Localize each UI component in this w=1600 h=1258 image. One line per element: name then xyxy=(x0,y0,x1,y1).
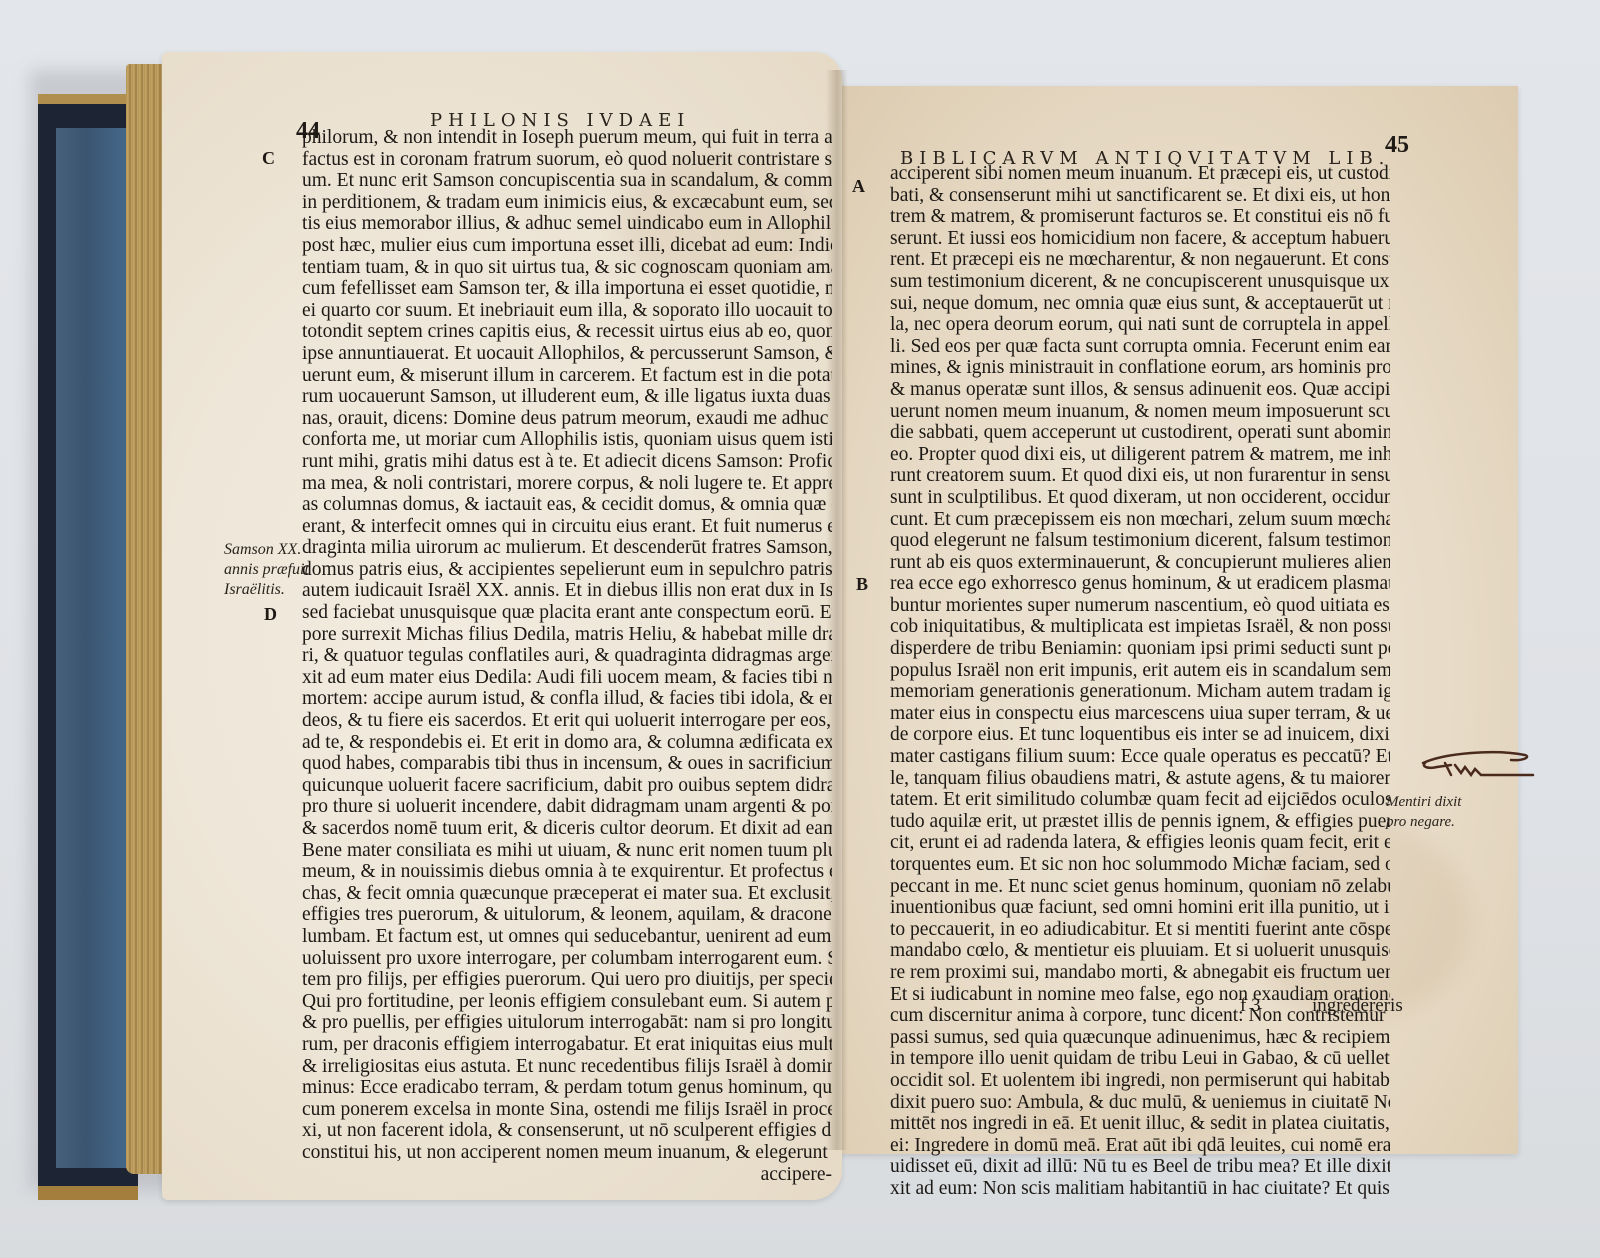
marginal-note-right: Mentiri dixit pro negare. xyxy=(1386,792,1461,832)
text-line: bati, & consenserunt mihi ut sanctificar… xyxy=(890,185,1390,207)
cover-cloth-panel xyxy=(56,128,131,1168)
text-line: ri, & quatuor tegulas conflatiles auri, … xyxy=(302,645,832,667)
text-line: sui, neque domum, nec omnia quæ eius sun… xyxy=(890,293,1390,315)
text-line: runt ab eis quos exterminauerunt, & conc… xyxy=(890,552,1390,574)
page-number-right: 45 xyxy=(1385,132,1409,159)
text-line: & manus operatæ sunt illos, & sensus adi… xyxy=(890,379,1390,401)
marginal-note-left: Samson XX. annis præfuit Israëlitis. xyxy=(224,540,309,600)
text-line: & pro puellis, per effigies uitulorum in… xyxy=(302,1012,832,1034)
text-line: uerunt eum, & miserunt illum in carcerem… xyxy=(302,365,832,387)
marginal-note-line: Mentiri dixit xyxy=(1386,792,1461,812)
text-line: um. Et nunc erit Samson concupiscentia s… xyxy=(302,170,832,192)
text-line: inuentionibus quæ faciunt, sed omni homi… xyxy=(890,897,1390,919)
text-line: conforta me, ut moriar cum Allophilis is… xyxy=(302,429,832,451)
text-line: cum ponerem excelsa in monte Sina, osten… xyxy=(302,1099,832,1121)
text-line: to peccauerit, in eo adiudicabitur. Et s… xyxy=(890,919,1390,941)
text-line: & irreligiositas eius astuta. Et nunc re… xyxy=(302,1056,832,1078)
text-line: effigies tres puerorum, & uitulorum, & l… xyxy=(302,904,832,926)
text-line: totondit septem crines capitis eius, & r… xyxy=(302,321,832,343)
text-line: buntur morientes super numerum nascentiu… xyxy=(890,595,1390,617)
text-line: la, nec opera deorum eorum, qui nati sun… xyxy=(890,314,1390,336)
text-line: rea ecce ego exhorresco genus hominum, &… xyxy=(890,573,1390,595)
text-line: philorum, & non intendit in Ioseph pueru… xyxy=(302,127,832,149)
text-line: peccant in me. Et nunc sciet genus homin… xyxy=(890,876,1390,898)
text-line: ma mea, & noli contristari, morere corpu… xyxy=(302,473,832,495)
section-letter: A xyxy=(852,176,865,197)
text-line: sed faciebat unusquisque quæ placita era… xyxy=(302,602,832,624)
text-line: acciperent sibi nomen meum inuanum. Et p… xyxy=(890,163,1390,185)
text-line: ei quarto cor suum. Et inebriauit eum il… xyxy=(302,300,832,322)
text-line: dixit puero suo: Ambula, & duc mulū, & u… xyxy=(890,1092,1390,1114)
manuscript-flourish-icon xyxy=(1415,745,1535,787)
text-line: quod elegerunt ne falsum testimonium dic… xyxy=(890,530,1390,552)
catchword: ingredereris xyxy=(1312,995,1403,1017)
text-line: uidisset eū, dixit ad illū: Nū tu es Bee… xyxy=(890,1156,1390,1178)
text-line: in perditionem, & tradam eum inimicis ei… xyxy=(302,192,832,214)
text-line: xit ad eum: Non scis malitiam habitantiū… xyxy=(890,1178,1390,1200)
text-line: quod habes, comparabis tibi thus in ince… xyxy=(302,753,832,775)
text-line: torquentes eum. Et sic non hoc solummodo… xyxy=(890,854,1390,876)
text-line: re rem proximi sui, mandabo morti, & abn… xyxy=(890,962,1390,984)
text-line: nas, orauit, dicens: Domine deus patrum … xyxy=(302,408,832,430)
text-line: tatem. Et erit similitudo columbæ quam f… xyxy=(890,789,1390,811)
text-line: mortem: accipe aurum istud, & confla ill… xyxy=(302,688,832,710)
text-line: xi, ut non facerent idola, & consenserun… xyxy=(302,1120,832,1142)
text-line: cit, erunt ei ad radenda latera, & effig… xyxy=(890,832,1390,854)
section-letter: C xyxy=(262,148,275,169)
text-line: accipere- xyxy=(302,1164,832,1186)
text-line: sunt in sculptilibus. Et quod dixeram, u… xyxy=(890,487,1390,509)
section-letter: B xyxy=(856,574,868,595)
text-line: post hæc, mulier eius cum importuna esse… xyxy=(302,235,832,257)
marginal-note-line: Samson XX. xyxy=(224,540,309,560)
text-line: rum uocauerunt Samson, ut illuderent eum… xyxy=(302,386,832,408)
book-back-cover xyxy=(38,94,138,1200)
text-line: cum fefellisset eam Samson ter, & illa i… xyxy=(302,278,832,300)
text-line: deos, & tu fiere eis sacerdos. Et erit q… xyxy=(302,710,832,732)
text-line: meum, & in nouissimis diebus omnia à te … xyxy=(302,861,832,883)
text-line: constitui his, ut non acciperent nomen m… xyxy=(302,1142,832,1164)
text-line: pore surrexit Michas filius Dedila, matr… xyxy=(302,624,832,646)
text-line: factus est in coronam fratrum suorum, eò… xyxy=(302,149,832,171)
marginal-note-line: annis præfuit xyxy=(224,560,309,580)
text-line: lumbam. Et factum est, ut omnes qui sedu… xyxy=(302,926,832,948)
text-line: ei: Ingredere in domū meā. Erat aūt ibi … xyxy=(890,1135,1390,1157)
text-line: ad te, & respondebis ei. Et erit in domo… xyxy=(302,732,832,754)
text-line: mines, & ignis ministrauit in conflation… xyxy=(890,357,1390,379)
signature-mark: f 3 xyxy=(1240,995,1261,1017)
text-line: mater castigans filium suum: Ecce quale … xyxy=(890,746,1390,768)
right-page-body-text: acciperent sibi nomen meum inuanum. Et p… xyxy=(890,163,1390,1200)
text-line: cunt. Et cum præcepissem eis non mœchari… xyxy=(890,509,1390,531)
text-line: tem pro filijs, per effigies puerorum. Q… xyxy=(302,969,832,991)
text-line: & sacerdos nomē tuum erit, & diceris cul… xyxy=(302,818,832,840)
text-line: pro thure si uoluerit incendere, dabit d… xyxy=(302,796,832,818)
text-line: runt mihi, gratis mihi datus est à te. E… xyxy=(302,451,832,473)
text-line: populus Israël non erit impunis, erit au… xyxy=(890,660,1390,682)
text-line: memoriam generationis generationum. Mich… xyxy=(890,681,1390,703)
text-line: Bene mater consiliata es mihi ut uiuam, … xyxy=(302,840,832,862)
text-line: disperdere de tribu Beniamin: quoniam ip… xyxy=(890,638,1390,660)
text-line: minus: Ecce eradicabo terram, & perdam t… xyxy=(302,1077,832,1099)
text-line: de corpore eius. Et tunc loquentibus eis… xyxy=(890,724,1390,746)
text-line: erant, & interfecit omnes qui in circuit… xyxy=(302,516,832,538)
section-letter: D xyxy=(264,604,277,625)
text-line: quicunque uoluerit facere sacrificium, d… xyxy=(302,775,832,797)
text-line: passi sumus, sed quia quæcunque adinueni… xyxy=(890,1027,1390,1049)
text-line: uerunt nomen meum inuanum, & nomen meum … xyxy=(890,401,1390,423)
text-line: serunt. Et iussi eos homicidium non face… xyxy=(890,228,1390,250)
text-line: eo. Propter quod dixi eis, ut diligerent… xyxy=(890,444,1390,466)
text-line: xit ad eum mater eius Dedila: Audi fili … xyxy=(302,667,832,689)
text-line: le, tanquam filius obaudiens matri, & as… xyxy=(890,768,1390,790)
text-line: mandabo cœlo, & mentietur eis pluuiam. E… xyxy=(890,940,1390,962)
text-line: tentiam tuam, & in quo sit uirtus tua, &… xyxy=(302,257,832,279)
text-line: die sabbati, quem acceperunt ut custodir… xyxy=(890,422,1390,444)
text-line: domus patris eius, & accipientes sepelie… xyxy=(302,559,832,581)
text-line: chas, & fecit omnia quæcunque præceperat… xyxy=(302,883,832,905)
text-line: runt creatorem suum. Et quod dixi eis, u… xyxy=(890,465,1390,487)
text-line: li. Sed eos per quæ facta sunt corrupta … xyxy=(890,336,1390,358)
text-line: cob iniquitatibus, & multiplicata est im… xyxy=(890,616,1390,638)
text-line: ipse annuntiauerat. Et uocauit Allophilo… xyxy=(302,343,832,365)
marginal-note-line: pro negare. xyxy=(1386,812,1461,832)
text-line: occidit sol. Et uolentem ibi ingredi, no… xyxy=(890,1070,1390,1092)
text-line: mater eius in conspectu eius marcescens … xyxy=(890,703,1390,725)
text-line: uoluissent pro uxore interrogare, per co… xyxy=(302,948,832,970)
left-page-body-text: philorum, & non intendit in Ioseph pueru… xyxy=(302,127,832,1185)
text-line: trem & matrem, & promiserunt facturos se… xyxy=(890,206,1390,228)
text-line: Qui pro fortitudine, per leonis effigiem… xyxy=(302,991,832,1013)
text-line: rum, per draconis effigiem interrogabatu… xyxy=(302,1034,832,1056)
text-line: rent. Et præcepi eis ne mœcharentur, & n… xyxy=(890,249,1390,271)
text-line: mittēt nos ingredi in eā. Et uenit illuc… xyxy=(890,1113,1390,1135)
text-line: autem iudicauit Israël XX. annis. Et in … xyxy=(302,580,832,602)
text-line: tudo aquilæ erit, ut præstet illis de pe… xyxy=(890,811,1390,833)
text-line: tis eius memorabor illius, & adhuc semel… xyxy=(302,213,832,235)
text-line: as columnas domus, & iactauit eas, & cec… xyxy=(302,494,832,516)
text-line: draginta milia uirorum ac mulierum. Et d… xyxy=(302,537,832,559)
marginal-note-line: Israëlitis. xyxy=(224,580,309,600)
text-line: in tempore illo uenit quidam de tribu Le… xyxy=(890,1048,1390,1070)
text-line: sum testimonium dicerent, & ne concupisc… xyxy=(890,271,1390,293)
